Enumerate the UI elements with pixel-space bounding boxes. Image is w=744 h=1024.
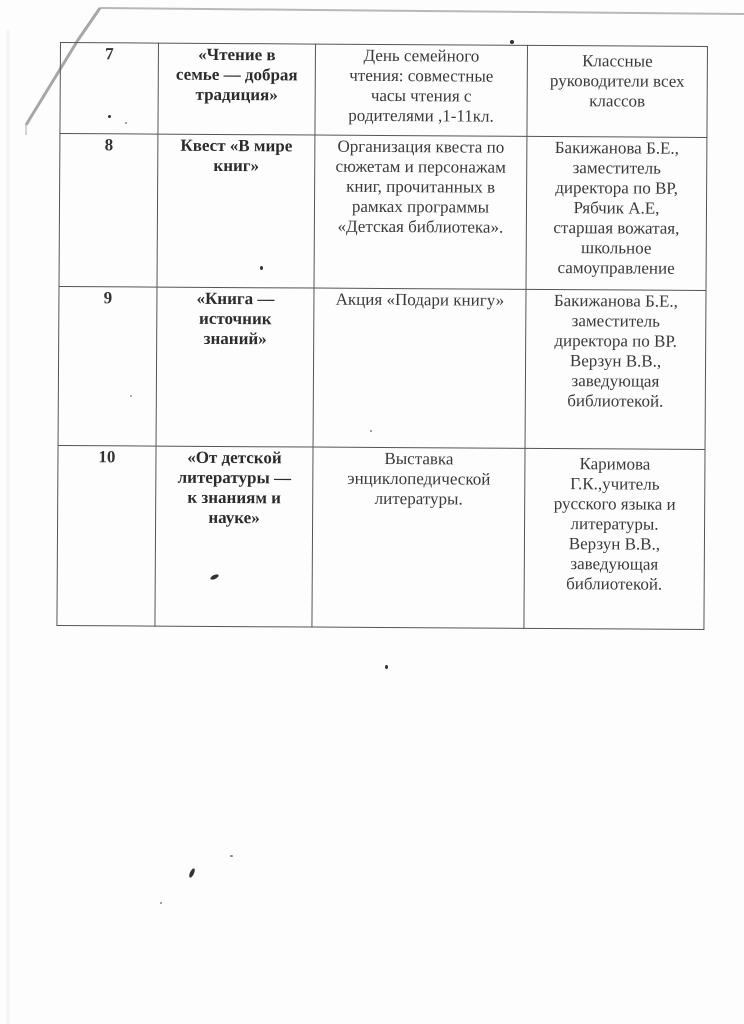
event-description: Акция «Подари книгу» (313, 288, 526, 448)
row-number: 10 (57, 445, 156, 626)
table-row: 8 Квест «В мире книг» Организация квеста… (59, 134, 707, 291)
scan-speck (108, 115, 111, 118)
event-responsible: Каримова Г.К.,учитель русского языка и л… (524, 448, 705, 629)
event-title: Квест «В мире книг» (157, 134, 315, 288)
activity-table: 7 «Чтение в семье — добрая традиция» Ден… (56, 42, 708, 630)
scan-speck (370, 430, 372, 432)
scan-speck (230, 855, 233, 857)
event-title: «Книга — источник знаний» (156, 287, 314, 447)
table-row: 7 «Чтение в семье — добрая традиция» Ден… (60, 43, 708, 138)
event-title: «Чтение в семье — добрая традиция» (158, 43, 316, 135)
scan-speck (260, 266, 263, 270)
scan-speck (160, 902, 162, 904)
row-number: 7 (60, 43, 159, 135)
event-responsible: Классные руководители всех классов (527, 45, 708, 137)
table-row: 9 «Книга — источник знаний» Акция «Подар… (58, 286, 706, 449)
row-number: 8 (59, 134, 158, 288)
scan-speck (385, 665, 388, 669)
event-description: Выставка энциклопедической литературы. (312, 447, 525, 628)
scan-speck (510, 40, 514, 44)
scan-speck (130, 395, 132, 397)
row-number: 9 (58, 286, 157, 446)
event-responsible: Бакижанова Б.Е., заместитель директора п… (525, 289, 706, 449)
event-responsible: Бакижанова Б.Е., заместитель директора п… (526, 136, 707, 290)
scan-speck (188, 868, 196, 879)
event-title: «От детской литературы — к знаниям и нау… (155, 446, 313, 627)
scan-speck (125, 122, 127, 124)
event-description: Организация квеста по сюжетам и персонаж… (314, 135, 527, 289)
table-row: 10 «От детской литературы — к знаниям и … (57, 445, 705, 629)
event-description: День семейного чтения: совместные часы ч… (315, 44, 528, 136)
